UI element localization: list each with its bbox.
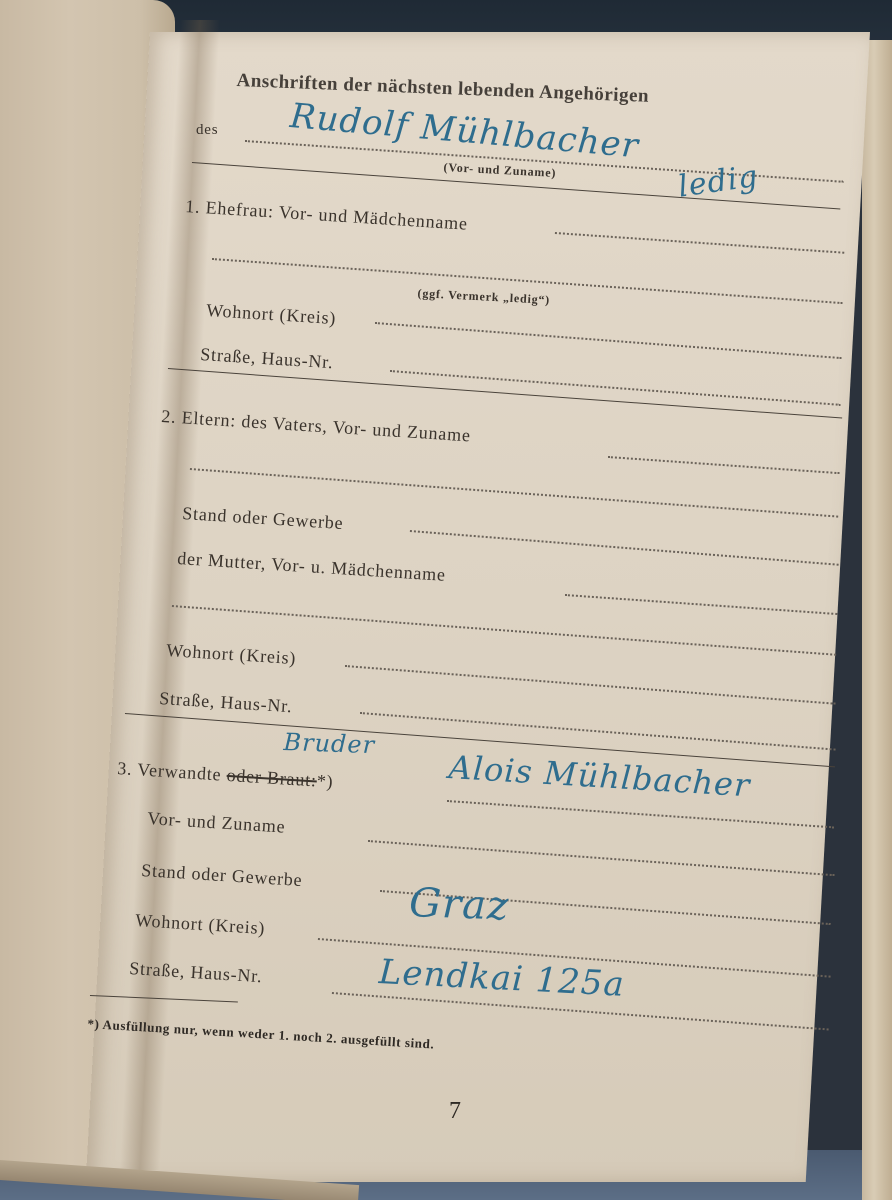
section3-name-line	[368, 840, 835, 876]
section2-vater-line-1	[608, 456, 840, 474]
section3-relative-line	[447, 800, 834, 828]
section3-wohnort-label: Wohnort (Kreis)	[135, 910, 266, 939]
section3-name-label: Vor- und Zuname	[147, 808, 286, 838]
section2-wohnort-label: Wohnort (Kreis)	[166, 640, 297, 669]
name-caption: (Vor- und Zuname)	[443, 160, 556, 181]
section3-stand-label: Stand oder Gewerbe	[141, 860, 303, 891]
footnote: *) Ausfüllung nur, wenn weder 1. noch 2.…	[87, 1016, 435, 1053]
section1-strasse-label: Straße, Haus-Nr.	[200, 344, 334, 373]
marital-status-handwritten[interactable]: ledig	[676, 159, 760, 205]
section1-divider	[168, 368, 842, 419]
section1-wohnort-line	[375, 322, 842, 359]
section2-stand-line	[410, 530, 839, 566]
section3-strasse-label: Straße, Haus-Nr.	[129, 958, 263, 987]
relatives-address-form: Anschriften der nächsten lebenden Angehö…	[0, 0, 892, 1200]
section2-mutter-line-1	[565, 594, 837, 615]
section3-heading-suffix: *)	[316, 771, 334, 792]
section1-heading: 1. Ehefrau: Vor- und Mädchenname	[185, 196, 469, 235]
section2-strasse-line	[360, 712, 836, 751]
section3-heading-struck: oder Braut:	[226, 765, 317, 791]
section2-mutter-label: der Mutter, Vor- u. Mädchenname	[177, 548, 447, 586]
wohnort-handwritten[interactable]: Graz	[408, 880, 510, 929]
section1-line-1	[555, 232, 844, 254]
des-label: des	[196, 122, 218, 139]
section3-heading: 3. Verwandte oder Braut:*)	[117, 758, 334, 793]
section2-strasse-label: Straße, Haus-Nr.	[159, 688, 293, 717]
section2-heading: 2. Eltern: des Vaters, Vor- und Zuname	[161, 406, 472, 446]
section1-caption: (ggf. Vermerk „ledig“)	[417, 286, 550, 308]
section2-stand-label: Stand oder Gewerbe	[182, 503, 344, 534]
footnote-separator	[90, 995, 238, 1002]
section3-heading-prefix: 3. Verwandte	[117, 758, 222, 785]
section1-wohnort-label: Wohnort (Kreis)	[206, 300, 337, 329]
relation-handwritten[interactable]: Bruder	[283, 728, 376, 759]
page-number: 7	[449, 1098, 461, 1125]
section2-wohnort-line	[345, 665, 836, 705]
